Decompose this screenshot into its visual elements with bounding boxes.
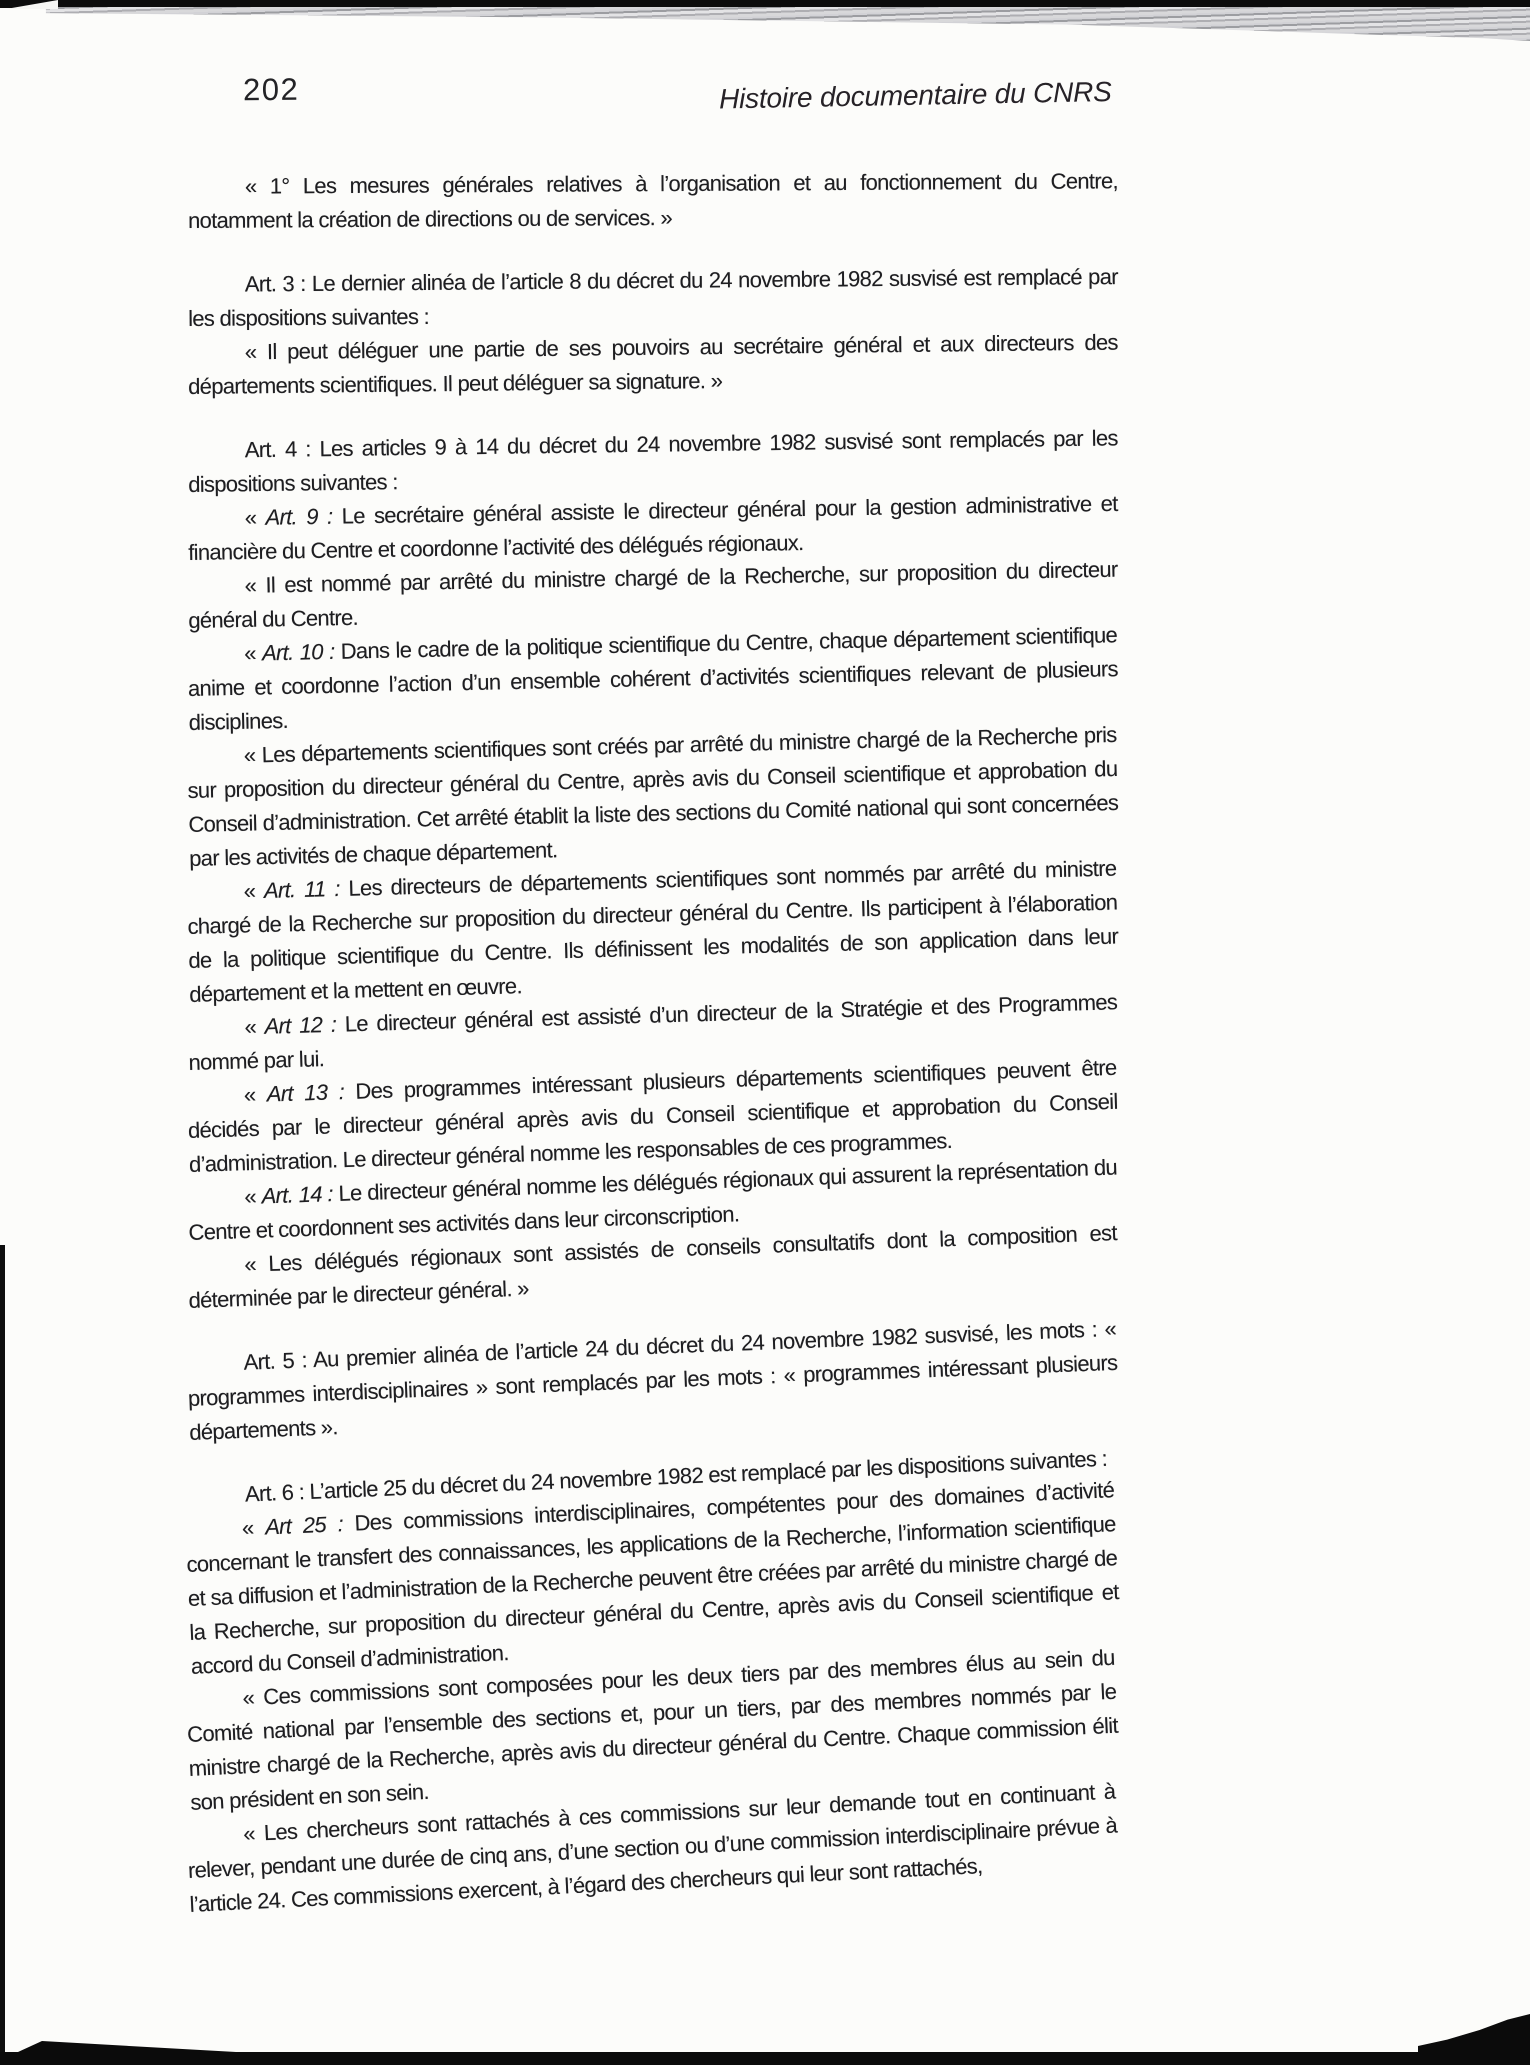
body-paragraph: « Les départements scientifiques sont cr…: [186, 718, 1119, 876]
book-edge-bottom: [0, 2052, 1530, 2065]
quote-mark: «: [241, 1515, 265, 1541]
running-header: Histoire documentaire du CNRS: [719, 76, 1112, 116]
quote-mark: «: [244, 640, 262, 665]
paragraph-text: Art. 4 : Les articles 9 à 14 du décret d…: [188, 425, 1118, 497]
book-edge-left: [0, 1245, 5, 2065]
quote-mark: «: [245, 505, 266, 530]
article-number: Art 12 :: [264, 1012, 336, 1039]
article-number: Art. 10 :: [262, 639, 335, 666]
article-number: Art. 11 :: [264, 876, 340, 903]
article-number: Art 25 :: [265, 1511, 344, 1539]
article-number: Art 13 :: [266, 1079, 344, 1106]
body-paragraph: Art. 3 : Le dernier alinéa de l’article …: [188, 260, 1119, 336]
quote-mark: «: [243, 878, 264, 904]
paragraph-text: Art. 3 : Le dernier alinéa de l’article …: [188, 264, 1118, 331]
body-paragraph: « Art. 11 : Les directeurs de départemen…: [186, 852, 1119, 1012]
scanned-book-page: { "page": { "number": "202", "running_he…: [0, 0, 1530, 2065]
paragraph-text: « Il peut déléguer une partie de ses pou…: [188, 330, 1118, 399]
body-paragraph: Art. 5 : Au premier alinéa de l’article …: [186, 1312, 1119, 1450]
paragraph-text: Art. 5 : Au premier alinéa de l’article …: [187, 1316, 1117, 1445]
body-paragraph: « 1° Les mesures générales relatives à l…: [188, 164, 1118, 238]
quote-mark: «: [243, 1082, 267, 1108]
page-number: 202: [243, 72, 300, 109]
paragraph-text: « 1° Les mesures générales relatives à l…: [188, 168, 1118, 233]
paragraph-text: « Les départements scientifiques sont cr…: [187, 722, 1118, 871]
body-paragraph: « Il peut déléguer une partie de ses pou…: [188, 326, 1119, 404]
quote-mark: «: [244, 1014, 265, 1040]
page-curl-bottom-right: [1418, 2014, 1530, 2054]
article-number: Art. 14 :: [261, 1181, 333, 1208]
article-number: Art. 9 :: [265, 504, 332, 530]
page-stack-edge: [0, 7, 1530, 41]
book-edge-top: [0, 0, 1530, 8]
quote-mark: «: [244, 1184, 262, 1210]
page-body: « 1° Les mesures générales relatives à l…: [188, 170, 1118, 1922]
